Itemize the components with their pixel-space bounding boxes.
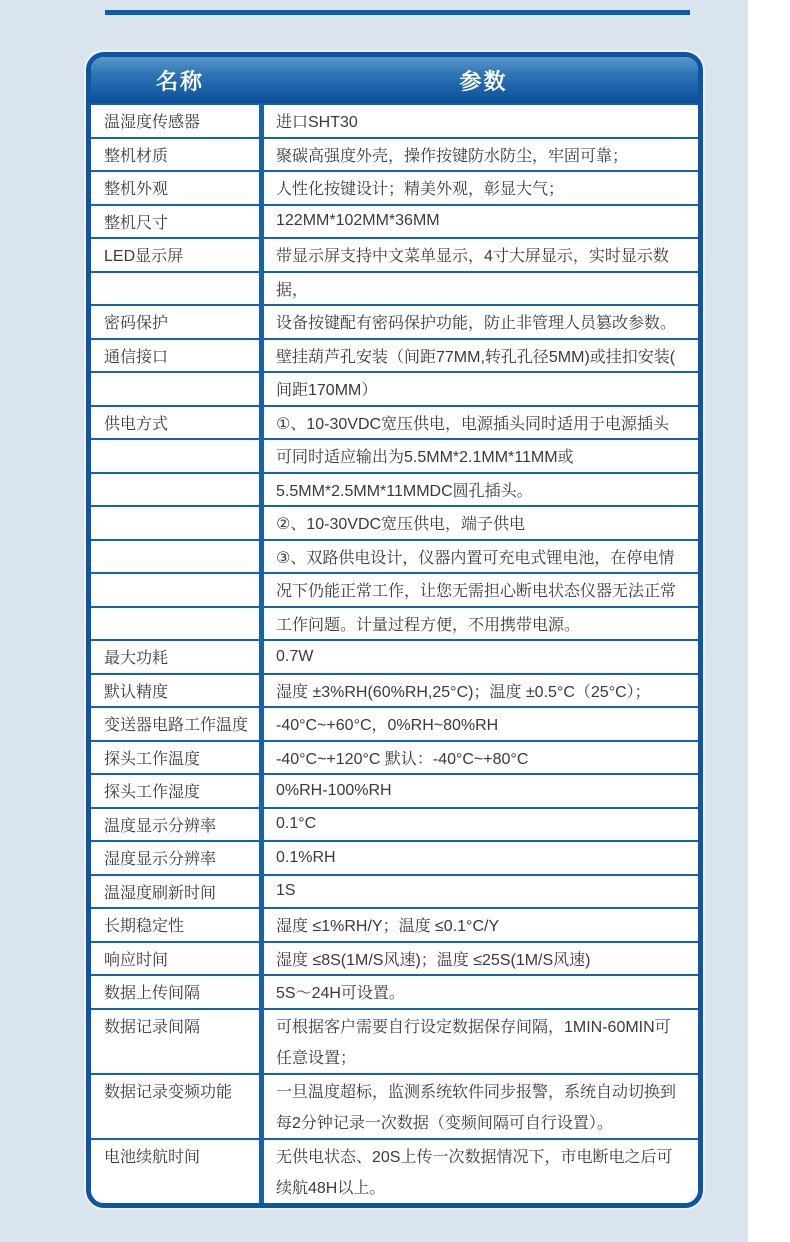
table-row: 湿度显示分辨率 0.1%RH — [91, 840, 698, 874]
spec-value-line: 0.1°C — [276, 809, 692, 841]
spec-value-line: 壁挂葫芦孔安装（间距77MM,转孔孔径5MM)或挂扣安装( — [276, 340, 692, 372]
spec-value-cell: 况下仍能正常工作，让您无需担心断电状态仪器无法正常 — [264, 574, 698, 606]
spec-value-cell: ②、10-30VDC宽压供电，端子供电 — [264, 507, 698, 539]
spec-value-cell: 湿度 ≤1%RH/Y；温度 ≤0.1°C/Y — [264, 909, 698, 941]
spec-value-cell: 122MM*102MM*36MM — [264, 206, 698, 238]
table-row: 况下仍能正常工作，让您无需担心断电状态仪器无法正常 — [91, 572, 698, 606]
spec-value-cell: 设备按键配有密码保护功能，防止非管理人员篡改参数。 — [264, 306, 698, 338]
spec-value-line: 间距170MM） — [276, 373, 692, 405]
spec-name: 电池续航时间 — [104, 1140, 259, 1172]
spec-name-cell: 电池续航时间 — [91, 1140, 264, 1203]
spec-value-line: 任意设置； — [276, 1041, 692, 1073]
table-row: 工作问题。计量过程方便，不用携带电源。 — [91, 606, 698, 640]
table-row: 最大功耗 0.7W — [91, 639, 698, 673]
spec-name-cell — [91, 608, 264, 640]
table-header: 名称 参数 — [91, 57, 698, 103]
spec-name-cell: 探头工作湿度 — [91, 775, 264, 807]
spec-value-cell: 间距170MM） — [264, 373, 698, 405]
spec-value-line: ②、10-30VDC宽压供电，端子供电 — [276, 507, 692, 539]
spec-value-line: 人性化按键设计；精美外观，彰显大气； — [276, 172, 692, 204]
spec-value-line: -40°C~+120°C 默认：-40°C~+80°C — [276, 742, 692, 774]
table-row: 探头工作湿度 0%RH-100%RH — [91, 773, 698, 807]
spec-value-line: 续航48H以上。 — [276, 1171, 692, 1203]
table-row: 整机材质 聚碳高强度外壳，操作按键防水防尘，牢固可靠； — [91, 137, 698, 171]
spec-name-cell: 温湿度刷新时间 — [91, 876, 264, 908]
spec-value-line: 可同时适应输出为5.5MM*2.1MM*11MM或 — [276, 440, 692, 472]
table-row: 长期稳定性 湿度 ≤1%RH/Y；温度 ≤0.1°C/Y — [91, 907, 698, 941]
spec-value-line: 1S — [276, 876, 692, 908]
spec-name-cell: 整机尺寸 — [91, 206, 264, 238]
spec-name-cell — [91, 440, 264, 472]
spec-value-cell: 带显示屏支持中文菜单显示，4寸大屏显示，实时显示数 — [264, 239, 698, 271]
spec-name-cell: 通信接口 — [91, 340, 264, 372]
spec-name: 通信接口 — [104, 340, 259, 372]
spec-name-cell — [91, 574, 264, 606]
table-row: 整机尺寸 122MM*102MM*36MM — [91, 204, 698, 238]
table-row: 电池续航时间 无供电状态、20S上传一次数据情况下，市电断电之后可续航48H以上… — [91, 1138, 698, 1203]
spec-value-line: 据， — [276, 273, 692, 305]
table-row: 默认精度 湿度 ±3%RH(60%RH,25°C)；温度 ±0.5°C（25°C… — [91, 673, 698, 707]
table-row: 5.5MM*2.5MM*11MMDC圆孔插头。 — [91, 472, 698, 506]
spec-table: 名称 参数 温湿度传感器 进口SHT30 整机材质 聚碳高强度外壳，操作按键防水… — [86, 52, 703, 1208]
spec-value-cell: -40°C~+60°C，0%RH~80%RH — [264, 708, 698, 740]
spec-value-cell: 可同时适应输出为5.5MM*2.1MM*11MM或 — [264, 440, 698, 472]
spec-value-cell: 进口SHT30 — [264, 105, 698, 137]
spec-value-line: 带显示屏支持中文菜单显示，4寸大屏显示，实时显示数 — [276, 239, 692, 271]
spec-value-cell: 壁挂葫芦孔安装（间距77MM,转孔孔径5MM)或挂扣安装( — [264, 340, 698, 372]
spec-value-cell: -40°C~+120°C 默认：-40°C~+80°C — [264, 742, 698, 774]
spec-name: 供电方式 — [104, 407, 259, 439]
spec-name-cell: 数据上传间隔 — [91, 976, 264, 1008]
spec-value-line: 5S～24H可设置。 — [276, 976, 692, 1008]
spec-value-cell: 0.1%RH — [264, 842, 698, 874]
spec-value-line: 可根据客户需要自行设定数据保存间隔，1MIN-60MIN可 — [276, 1010, 692, 1042]
top-divider-bar — [105, 10, 690, 15]
spec-value-line: 设备按键配有密码保护功能，防止非管理人员篡改参数。 — [276, 306, 692, 338]
spec-name: 湿度显示分辨率 — [104, 842, 259, 874]
spec-value-cell: 工作问题。计量过程方便，不用携带电源。 — [264, 608, 698, 640]
spec-name: 整机尺寸 — [104, 206, 259, 238]
spec-value-cell: 1S — [264, 876, 698, 908]
spec-name-cell — [91, 474, 264, 506]
table-row: LED显示屏 带显示屏支持中文菜单显示，4寸大屏显示，实时显示数 — [91, 237, 698, 271]
table-row: 探头工作温度 -40°C~+120°C 默认：-40°C~+80°C — [91, 740, 698, 774]
spec-name: 探头工作湿度 — [104, 775, 259, 807]
spec-name: 温度显示分辨率 — [104, 809, 259, 841]
spec-value-cell: 0.7W — [264, 641, 698, 673]
spec-name: 数据上传间隔 — [104, 976, 259, 1008]
spec-value-line: 0%RH-100%RH — [276, 775, 692, 807]
table-row: 温湿度传感器 进口SHT30 — [91, 103, 698, 137]
spec-name: 温湿度刷新时间 — [104, 876, 259, 908]
table-row: 数据记录间隔 可根据客户需要自行设定数据保存间隔，1MIN-60MIN可任意设置… — [91, 1008, 698, 1073]
spec-value-line: -40°C~+60°C，0%RH~80%RH — [276, 708, 692, 740]
spec-value-cell: 0%RH-100%RH — [264, 775, 698, 807]
spec-name — [104, 541, 259, 573]
spec-value-line: ③、双路供电设计，仪器内置可充电式锂电池，在停电情 — [276, 541, 692, 573]
table-row: 变送器电路工作温度 -40°C~+60°C，0%RH~80%RH — [91, 706, 698, 740]
spec-value-line: 聚碳高强度外壳，操作按键防水防尘，牢固可靠； — [276, 139, 692, 171]
spec-name-cell — [91, 507, 264, 539]
spec-value-cell: ①、10-30VDC宽压供电，电源插头同时适用于电源插头 — [264, 407, 698, 439]
spec-name-cell — [91, 373, 264, 405]
spec-name-cell: 密码保护 — [91, 306, 264, 338]
spec-name: 整机材质 — [104, 139, 259, 171]
spec-name-cell: 整机外观 — [91, 172, 264, 204]
spec-value-line: 5.5MM*2.5MM*11MMDC圆孔插头。 — [276, 474, 692, 506]
table-row: ③、双路供电设计，仪器内置可充电式锂电池，在停电情 — [91, 539, 698, 573]
spec-name-cell: 供电方式 — [91, 407, 264, 439]
spec-name — [104, 373, 259, 405]
spec-name: 变送器电路工作温度 — [104, 708, 259, 740]
spec-name-cell: 探头工作温度 — [91, 742, 264, 774]
spec-value-line: 无供电状态、20S上传一次数据情况下，市电断电之后可 — [276, 1140, 692, 1172]
table-row: ②、10-30VDC宽压供电，端子供电 — [91, 505, 698, 539]
spec-name-cell — [91, 273, 264, 305]
header-param-column: 参数 — [269, 57, 698, 103]
spec-value-cell: 湿度 ≤8S(1M/S风速)；温度 ≤25S(1M/S风速) — [264, 943, 698, 975]
spec-value-line: 122MM*102MM*36MM — [276, 206, 692, 238]
page: { "page": { "background_color": "#d9e4ef… — [0, 0, 790, 1242]
spec-value-line: 0.1%RH — [276, 842, 692, 874]
table-row: 间距170MM） — [91, 371, 698, 405]
spec-value-cell: 聚碳高强度外壳，操作按键防水防尘，牢固可靠； — [264, 139, 698, 171]
spec-value-cell: 0.1°C — [264, 809, 698, 841]
spec-name: 响应时间 — [104, 943, 259, 975]
table-row: 数据记录变频功能 一旦温度超标，监测系统软件同步报警，系统自动切换到每2分钟记录… — [91, 1073, 698, 1138]
spec-name — [104, 574, 259, 606]
spec-name: 数据记录间隔 — [104, 1010, 259, 1042]
table-row: 供电方式 ①、10-30VDC宽压供电，电源插头同时适用于电源插头 — [91, 405, 698, 439]
spec-name — [104, 474, 259, 506]
spec-name-cell: 数据记录间隔 — [91, 1010, 264, 1073]
table-row: 整机外观 人性化按键设计；精美外观，彰显大气； — [91, 170, 698, 204]
spec-name — [104, 608, 259, 640]
spec-name — [104, 507, 259, 539]
spec-value-line: 湿度 ±3%RH(60%RH,25°C)；温度 ±0.5°C（25°C）； — [276, 675, 692, 707]
spec-value-cell: 人性化按键设计；精美外观，彰显大气； — [264, 172, 698, 204]
spec-value-line: 0.7W — [276, 641, 692, 673]
spec-value-line: 每2分钟记录一次数据（变频间隔可自行设置）。 — [276, 1106, 692, 1138]
spec-name: 数据记录变频功能 — [104, 1075, 259, 1107]
spec-value-cell: 5.5MM*2.5MM*11MMDC圆孔插头。 — [264, 474, 698, 506]
table-row: 温湿度刷新时间 1S — [91, 874, 698, 908]
spec-name-cell: 默认精度 — [91, 675, 264, 707]
spec-value-line: 工作问题。计量过程方便，不用携带电源。 — [276, 608, 692, 640]
spec-value-line: 一旦温度超标，监测系统软件同步报警，系统自动切换到 — [276, 1075, 692, 1107]
table-row: 响应时间 湿度 ≤8S(1M/S风速)；温度 ≤25S(1M/S风速) — [91, 941, 698, 975]
table-row: 温度显示分辨率 0.1°C — [91, 807, 698, 841]
spec-value-cell: 一旦温度超标，监测系统软件同步报警，系统自动切换到每2分钟记录一次数据（变频间隔… — [264, 1075, 698, 1138]
spec-name: 长期稳定性 — [104, 909, 259, 941]
spec-value-cell: 5S～24H可设置。 — [264, 976, 698, 1008]
spec-name: 整机外观 — [104, 172, 259, 204]
spec-value-cell: ③、双路供电设计，仪器内置可充电式锂电池，在停电情 — [264, 541, 698, 573]
spec-name: 最大功耗 — [104, 641, 259, 673]
spec-value-cell: 湿度 ±3%RH(60%RH,25°C)；温度 ±0.5°C（25°C）； — [264, 675, 698, 707]
table-row: 数据上传间隔 5S～24H可设置。 — [91, 974, 698, 1008]
spec-value-line: 湿度 ≤1%RH/Y；温度 ≤0.1°C/Y — [276, 909, 692, 941]
spec-name-cell: 变送器电路工作温度 — [91, 708, 264, 740]
spec-name-cell: 响应时间 — [91, 943, 264, 975]
spec-name: 探头工作温度 — [104, 742, 259, 774]
spec-name: LED显示屏 — [104, 239, 259, 271]
spec-value-cell: 无供电状态、20S上传一次数据情况下，市电断电之后可续航48H以上。 — [264, 1140, 698, 1203]
table-row: 可同时适应输出为5.5MM*2.1MM*11MM或 — [91, 438, 698, 472]
spec-value-line: 进口SHT30 — [276, 105, 692, 137]
spec-name-cell: 整机材质 — [91, 139, 264, 171]
spec-name: 温湿度传感器 — [104, 105, 259, 137]
spec-name-cell: 湿度显示分辨率 — [91, 842, 264, 874]
spec-name-cell — [91, 541, 264, 573]
spec-name — [104, 440, 259, 472]
spec-value-cell: 可根据客户需要自行设定数据保存间隔，1MIN-60MIN可任意设置； — [264, 1010, 698, 1073]
spec-name-cell: 温湿度传感器 — [91, 105, 264, 137]
spec-name-cell: 数据记录变频功能 — [91, 1075, 264, 1138]
spec-name-cell: LED显示屏 — [91, 239, 264, 271]
spec-name: 密码保护 — [104, 306, 259, 338]
spec-value-cell: 据， — [264, 273, 698, 305]
table-body: 温湿度传感器 进口SHT30 整机材质 聚碳高强度外壳，操作按键防水防尘，牢固可… — [91, 103, 698, 1203]
spec-name-cell: 最大功耗 — [91, 641, 264, 673]
table-row: 密码保护 设备按键配有密码保护功能，防止非管理人员篡改参数。 — [91, 304, 698, 338]
header-name-column: 名称 — [91, 57, 269, 103]
spec-name: 默认精度 — [104, 675, 259, 707]
spec-name — [104, 273, 259, 305]
spec-name-cell: 长期稳定性 — [91, 909, 264, 941]
table-row: 据， — [91, 271, 698, 305]
table-row: 通信接口 壁挂葫芦孔安装（间距77MM,转孔孔径5MM)或挂扣安装( — [91, 338, 698, 372]
spec-value-line: 湿度 ≤8S(1M/S风速)；温度 ≤25S(1M/S风速) — [276, 943, 692, 975]
spec-value-line: 况下仍能正常工作，让您无需担心断电状态仪器无法正常 — [276, 574, 692, 606]
spec-name-cell: 温度显示分辨率 — [91, 809, 264, 841]
spec-value-line: ①、10-30VDC宽压供电，电源插头同时适用于电源插头 — [276, 407, 692, 439]
